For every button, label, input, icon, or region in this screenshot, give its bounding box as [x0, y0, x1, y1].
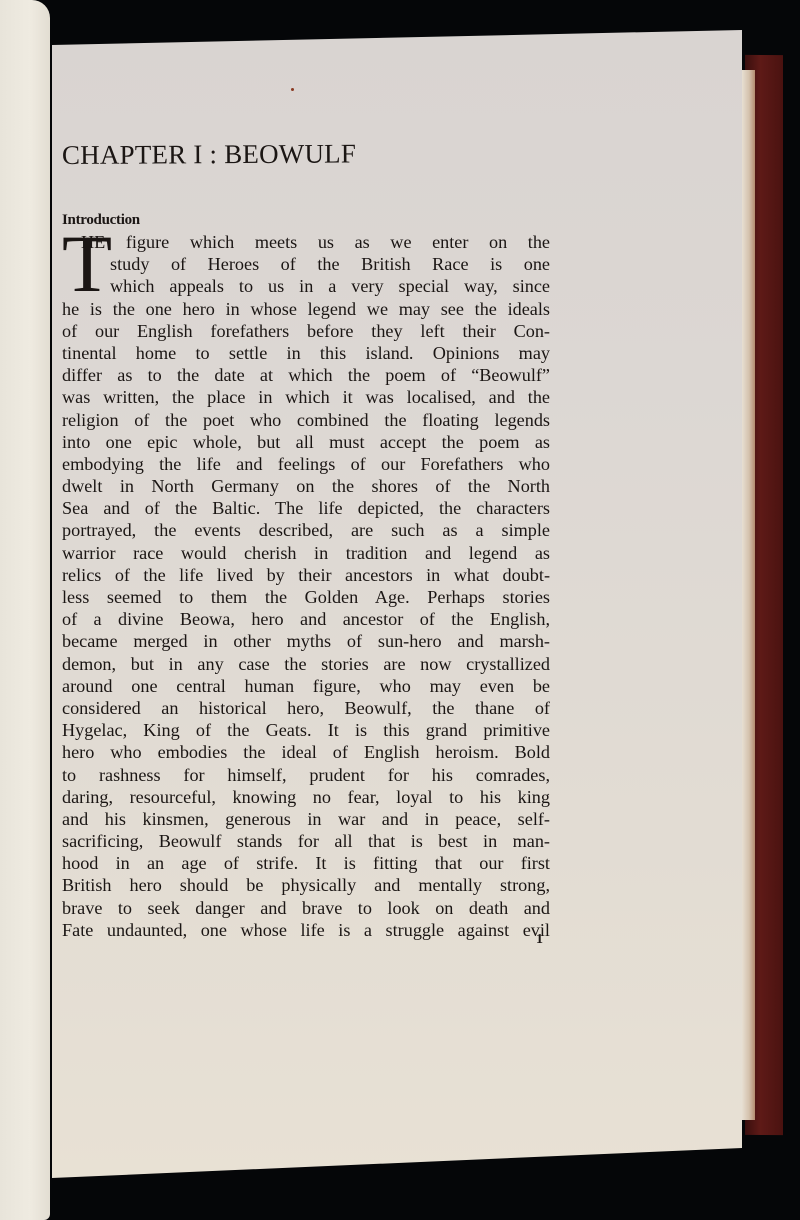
body-text: T HE figure which meets us as we enter o…: [62, 231, 550, 941]
text-line: considered an historical hero, Beowulf, …: [62, 697, 550, 719]
text-line: into one epic whole, but all must accept…: [62, 431, 550, 453]
text-line: and his kinsmen, generous in war and in …: [62, 808, 550, 830]
text-line: tinental home to settle in this island. …: [62, 342, 550, 364]
text-line: to rashness for himself, prudent for his…: [62, 764, 550, 786]
text-line: dwelt in North Germany on the shores of …: [62, 475, 550, 497]
text-line: British hero should be physically and me…: [62, 874, 550, 896]
text-line: hero who embodies the ideal of English h…: [62, 741, 550, 763]
text-line: of a divine Beowa, hero and ancestor of …: [62, 608, 550, 630]
text-line: daring, resourceful, knowing no fear, lo…: [62, 786, 550, 808]
text-line: Sea and of the Baltic. The life depicted…: [62, 497, 550, 519]
text-line: hood in an age of strife. It is fitting …: [62, 852, 550, 874]
text-line: religion of the poet who combined the fl…: [62, 409, 550, 431]
text-line: portrayed, the events described, are suc…: [62, 519, 550, 541]
text-line: which appeals to us in a very special wa…: [62, 275, 550, 297]
dropcap-row: T HE figure which meets us as we enter o…: [62, 231, 550, 298]
section-title: Introduction: [62, 213, 550, 228]
text-line: Hygelac, King of the Geats. It is this g…: [62, 719, 550, 741]
paper-speck: [291, 88, 294, 91]
text-line: differ as to the date at which the poem …: [62, 364, 550, 386]
text-line: study of Heroes of the British Race is o…: [62, 253, 550, 275]
text-line: relics of the life lived by their ancest…: [62, 564, 550, 586]
text-line: demon, but in any case the stories are n…: [62, 653, 550, 675]
text-line: became merged in other myths of sun-hero…: [62, 630, 550, 652]
text-line: Fate undaunted, one whose life is a stru…: [62, 919, 550, 941]
text-line: HE figure which meets us as we enter on …: [62, 231, 550, 253]
page-content: CHAPTER I : BEOWULF Introduction T HE fi…: [62, 142, 550, 941]
text-line: sacrificing, Beowulf stands for all that…: [62, 830, 550, 852]
text-line: brave to seek danger and brave to look o…: [62, 897, 550, 919]
text-line: around one central human figure, who may…: [62, 675, 550, 697]
chapter-title: CHAPTER I : BEOWULF: [62, 139, 550, 169]
text-line: was written, the place in which it was l…: [62, 386, 550, 408]
text-line: he is the one hero in whose legend we ma…: [62, 298, 550, 320]
page-number: 1: [536, 932, 543, 948]
text-line: warrior race would cherish in tradition …: [62, 542, 550, 564]
text-line: embodying the life and feelings of our F…: [62, 453, 550, 475]
drop-cap: T: [62, 233, 112, 297]
text-line: less seemed to them the Golden Age. Perh…: [62, 586, 550, 608]
facing-page-edge: [0, 0, 50, 1220]
text-line: of our English forefathers before they l…: [62, 320, 550, 342]
